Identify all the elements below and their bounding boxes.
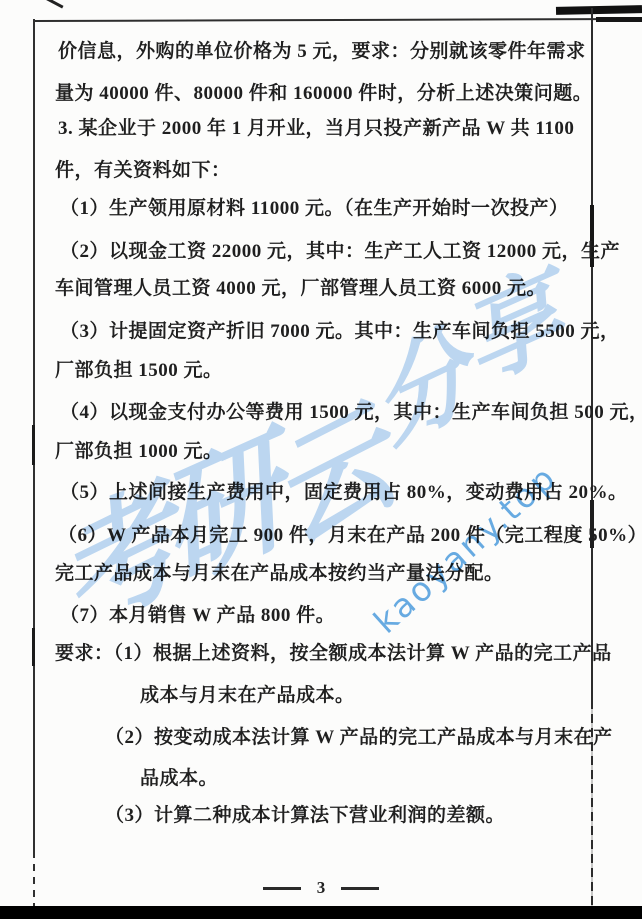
text-line: 车间管理人员工资 4000 元，厂部管理人员工资 6000 元。 — [55, 273, 546, 300]
text-line: （5）上述间接生产费用中，固定费用占 80%，变动费用占 20%。 — [60, 477, 628, 504]
page-footer: 3 — [0, 878, 642, 898]
text-line: （1）生产领用原材料 11000 元。（在生产开始时一次投产） — [60, 193, 568, 220]
text-line: （7）本月销售 W 产品 800 件。 — [60, 600, 335, 627]
text-line: （2）按变动成本法计算 W 产品的完工产品成本与月末在产 — [105, 722, 613, 749]
text-line: 量为 40000 件、80000 件和 160000 件时，分析上述决策问题。 — [55, 78, 592, 105]
text-line: 要求：（1）根据上述资料，按全额成本法计算 W 产品的完工产品 — [55, 638, 612, 665]
page-border-right — [591, 8, 593, 700]
scan-artifact-top-left — [44, 0, 63, 9]
text-line: （6）W 产品本月完工 900 件，月末在产品 200 件（完工程度 50%） — [58, 520, 642, 547]
text-line: （3）计提固定资产折旧 7000 元。其中：生产车间负担 5500 元， — [60, 316, 620, 343]
footer-dash-right — [341, 887, 379, 890]
page-number: 3 — [317, 878, 326, 898]
text-line: 成本与月末在产品成本。 — [140, 680, 355, 707]
text-line: 厂部负担 1500 元。 — [55, 355, 223, 382]
text-line: 3. 某企业于 2000 年 1 月开业，当月只投产新产品 W 共 1100 — [58, 113, 574, 140]
page-border-top — [34, 18, 638, 22]
text-line: 品成本。 — [140, 763, 218, 790]
scan-artifact-top-right — [556, 5, 642, 15]
text-line: （4）以现金支付办公等费用 1500 元，其中：生产车间负担 500 元， — [60, 397, 642, 424]
page-border-left-mark — [32, 425, 35, 465]
scan-edge-bottom-bar — [0, 906, 642, 919]
footer-dash-left — [263, 887, 301, 890]
text-line: （2）以现金工资 22000 元，其中：生产工人工资 12000 元，生产 — [60, 236, 620, 263]
text-line: （3）计算二种成本计算法下营业利润的差额。 — [105, 800, 505, 827]
page-border-left-mark2 — [32, 628, 35, 666]
text-line: 完工产品成本与月末在产品成本按约当产量法分配。 — [55, 558, 504, 585]
scan-artifact-top-right2 — [596, 17, 642, 22]
scanned-document-page: 价信息，外购的单位价格为 5 元，要求：分别就该零件年需求 量为 40000 件… — [0, 0, 642, 919]
text-line: 价信息，外购的单位价格为 5 元，要求：分别就该零件年需求 — [58, 36, 586, 63]
text-line: 厂部负担 1000 元。 — [55, 436, 223, 463]
text-line: 件，有关资料如下： — [55, 155, 231, 182]
